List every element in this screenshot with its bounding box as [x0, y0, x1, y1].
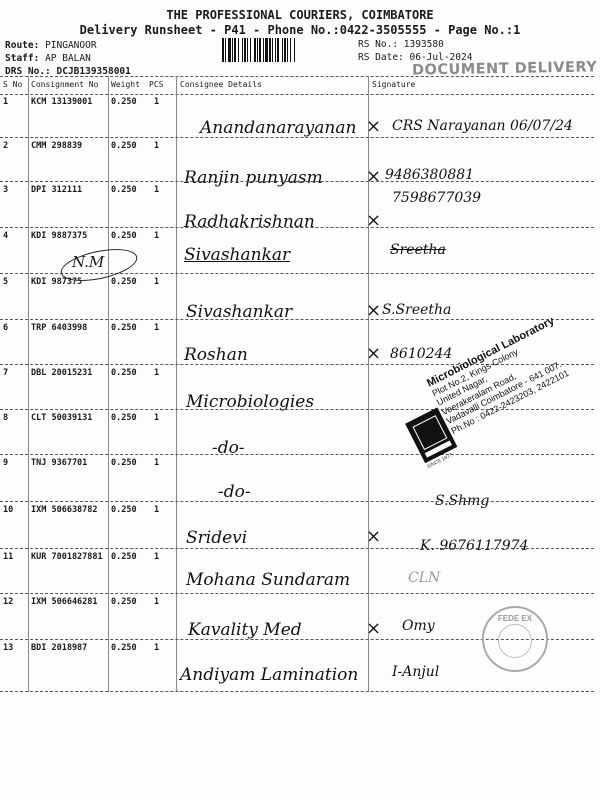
cell-sno: 1 [3, 97, 8, 107]
cell-consignment-no: KCM 13139001 [31, 97, 92, 107]
cell-consignment-no: KDI 9887375 [31, 231, 87, 241]
runsheet-meta-left: Route: PINGANOOR Staff: AP BALAN DRS No.… [5, 39, 131, 78]
cell-consignment-no: TNJ 9367701 [31, 458, 87, 468]
cross-mark-icon: × [366, 526, 381, 547]
route-field: Route: PINGANOOR [5, 39, 131, 52]
header-signature: Signature [372, 80, 415, 89]
cross-mark-icon: × [366, 116, 381, 137]
cell-signature: 8610244 [390, 346, 452, 362]
cell-pcs: 1 [154, 141, 159, 151]
header-weight: Weight [111, 80, 140, 89]
cell-consignment-no: IXM 506638782 [31, 505, 98, 515]
nm-annotation: N.M [72, 253, 104, 271]
cell-consignment-no: DPI 312111 [31, 185, 82, 195]
cell-weight: 0.250 [111, 231, 137, 241]
cell-signature: S.Sreetha [382, 302, 451, 318]
cell-weight: 0.250 [111, 141, 137, 151]
cell-signature: I-Anjul [392, 664, 439, 680]
cell-sno: 4 [3, 231, 8, 241]
cell-consignment-no: IXM 506646281 [31, 597, 98, 607]
runsheet-meta-right: RS No.: 1393580 RS Date: 06-Jul-2024 [358, 39, 472, 64]
cell-consignment-no: DBL 20015231 [31, 368, 92, 378]
cell-pcs: 1 [154, 552, 159, 562]
cell-weight: 0.250 [111, 185, 137, 195]
round-seal-stamp: FEDE EX [482, 606, 548, 672]
rs-no-field: RS No.: 1393580 [358, 39, 472, 52]
cell-pcs: 1 [154, 185, 159, 195]
row-separator [0, 181, 594, 182]
route-value: PINGANOOR [45, 40, 96, 51]
cell-weight: 0.250 [111, 643, 137, 653]
cell-sno: 5 [3, 277, 8, 287]
col-divider [108, 76, 109, 692]
cell-sno: 10 [3, 505, 13, 515]
lab-rubber-stamp: Microbiological Laboratory Plot No.2, Ki… [388, 295, 600, 497]
row-separator [0, 137, 594, 138]
cell-consignee-handwritten: Andiyam Lamination [180, 665, 358, 685]
cell-sno: 13 [3, 643, 13, 653]
header-consignee: Consignee Details [180, 80, 262, 89]
cell-sno: 7 [3, 368, 8, 378]
cross-mark-icon: × [366, 343, 381, 364]
header-pcs: PCS [149, 80, 163, 89]
cell-consignee-handwritten: Sridevi [186, 528, 247, 548]
rs-no-value: 1393580 [404, 39, 444, 50]
cell-consignment-no: TRP 6403998 [31, 323, 87, 333]
col-divider [176, 76, 177, 692]
header-bottom-rule [0, 94, 594, 95]
row-separator [0, 319, 594, 320]
cell-weight: 0.250 [111, 552, 137, 562]
cell-consignee-handwritten: -do- [212, 438, 245, 458]
header-sno: S No [3, 80, 22, 89]
cell-consignment-no: KUR 7001827881 [31, 552, 103, 562]
cell-consignee-handwritten: Radhakrishnan [184, 212, 315, 232]
cell-weight: 0.250 [111, 368, 137, 378]
runsheet-subtitle: Delivery Runsheet - P41 - Phone No.:0422… [0, 23, 600, 37]
cell-pcs: 1 [154, 505, 159, 515]
cell-weight: 0.250 [111, 597, 137, 607]
cell-consignee-handwritten: Anandanarayanan [200, 118, 356, 138]
cross-mark-icon: × [366, 166, 381, 187]
cell-signature: CLN [408, 570, 440, 586]
cell-consignee-handwritten: Ranjin punyasm [184, 168, 323, 188]
cell-pcs: 1 [154, 458, 159, 468]
cell-consignee-handwritten: Sivashankar [184, 245, 290, 265]
cell-pcs: 1 [154, 368, 159, 378]
cell-sno: 3 [3, 185, 8, 195]
cell-weight: 0.250 [111, 97, 137, 107]
cell-consignment-no: CMM 298839 [31, 141, 82, 151]
company-title: THE PROFESSIONAL COURIERS, COIMBATORE [0, 8, 600, 22]
row-separator [0, 548, 594, 549]
row-separator [0, 501, 594, 502]
cell-weight: 0.250 [111, 323, 137, 333]
row-separator [0, 691, 594, 692]
cell-pcs: 1 [154, 277, 159, 287]
table-top-rule [0, 76, 594, 77]
cell-pcs: 1 [154, 323, 159, 333]
cell-signature: Omy [402, 618, 435, 634]
cell-weight: 0.250 [111, 458, 137, 468]
row-separator [0, 593, 594, 594]
cell-weight: 0.250 [111, 505, 137, 515]
row-separator [0, 227, 594, 228]
staff-value: AP BALAN [45, 53, 91, 64]
barcode [222, 38, 345, 62]
header-consignment: Consignment No [31, 80, 98, 89]
cell-pcs: 1 [154, 413, 159, 423]
cell-sno: 2 [3, 141, 8, 151]
cell-consignee-handwritten: Mohana Sundaram [186, 570, 350, 590]
cell-consignment-no: BDI 2018987 [31, 643, 87, 653]
cell-sno: 8 [3, 413, 8, 423]
cell-sno: 6 [3, 323, 8, 333]
col-divider [28, 76, 29, 692]
cell-signature: CRS Narayanan 06/07/24 [392, 118, 573, 134]
cell-consignee-handwritten: Kavality Med [188, 620, 302, 640]
cell-consignee-handwritten: Roshan [184, 345, 248, 365]
cell-signature: 7598677039 [392, 190, 481, 206]
cell-sno: 11 [3, 552, 13, 562]
cell-pcs: 1 [154, 597, 159, 607]
cell-pcs: 1 [154, 231, 159, 241]
cell-pcs: 1 [154, 97, 159, 107]
cross-mark-icon: × [366, 300, 381, 321]
cell-sno: 9 [3, 458, 8, 468]
staff-field: Staff: AP BALAN [5, 52, 131, 65]
cell-weight: 0.250 [111, 277, 137, 287]
cell-pcs: 1 [154, 643, 159, 653]
cross-mark-icon: × [366, 618, 381, 639]
cell-signature: Sreetha [390, 242, 446, 258]
cell-consignee-handwritten: -do- [218, 482, 251, 502]
cell-consignment-no: CLT 50039131 [31, 413, 92, 423]
cell-signature: K. 9676117974 [420, 538, 528, 554]
cell-sno: 12 [3, 597, 13, 607]
cell-weight: 0.250 [111, 413, 137, 423]
